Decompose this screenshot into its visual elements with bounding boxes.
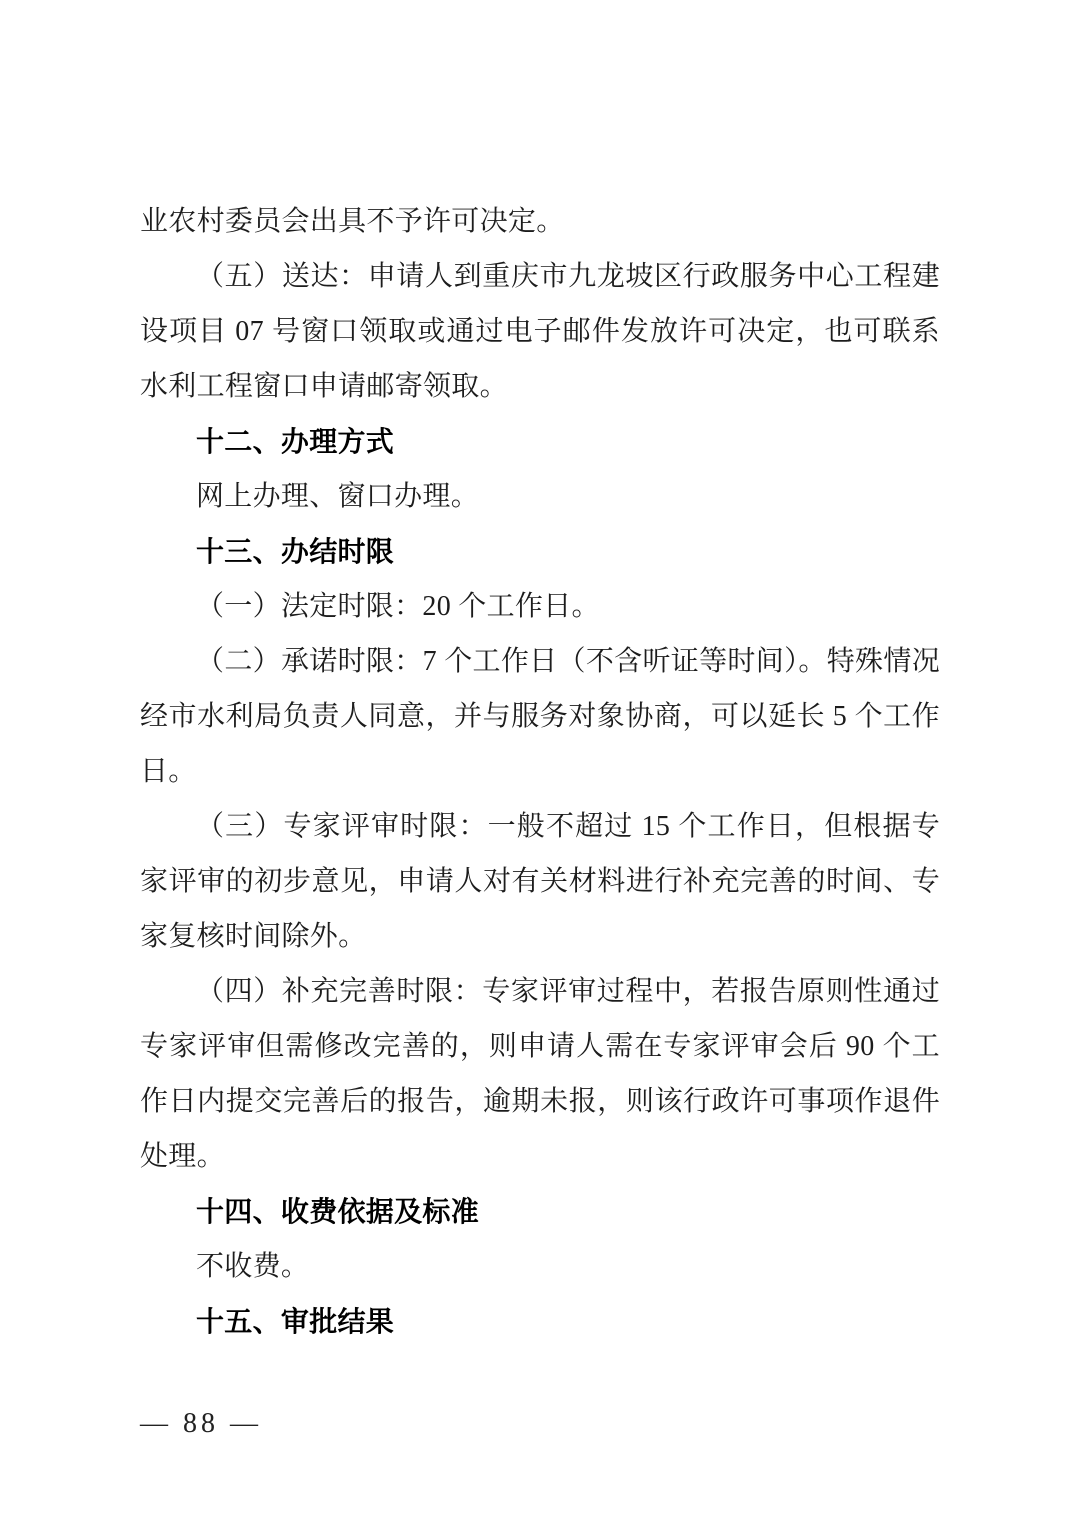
paragraph-no-fee: 不收费。 <box>140 1239 940 1294</box>
section-heading-13-completion-time-limit: 十三、办结时限 <box>140 524 940 579</box>
paragraph-handling-method: 网上办理、窗口办理。 <box>140 469 940 524</box>
page-number: — 88 — <box>140 1408 262 1440</box>
section-heading-15-approval-result: 十五、审批结果 <box>140 1294 940 1349</box>
document-body: 业农村委员会出具不予许可决定。 （五）送达：申请人到重庆市九龙坡区行政服务中心工… <box>140 194 940 1349</box>
section-heading-14-fee-basis-standard: 十四、收费依据及标准 <box>140 1184 940 1239</box>
paragraph-supplement-time-limit: （四）补充完善时限：专家评审过程中，若报告原则性通过专家评审但需修改完善的，则申… <box>140 964 940 1184</box>
paragraph-promised-time-limit: （二）承诺时限：7 个工作日（不含听证等时间）。特殊情况经市水利局负责人同意，并… <box>140 634 940 799</box>
paragraph-continuation: 业农村委员会出具不予许可决定。 <box>140 194 940 249</box>
paragraph-legal-time-limit: （一）法定时限：20 个工作日。 <box>140 579 940 634</box>
section-heading-12-handling-method: 十二、办理方式 <box>140 414 940 469</box>
paragraph-expert-review-time-limit: （三）专家评审时限：一般不超过 15 个工作日，但根据专家评审的初步意见，申请人… <box>140 799 940 964</box>
document-page: 业农村委员会出具不予许可决定。 （五）送达：申请人到重庆市九龙坡区行政服务中心工… <box>0 0 1074 1520</box>
paragraph-delivery: （五）送达：申请人到重庆市九龙坡区行政服务中心工程建设项目 07 号窗口领取或通… <box>140 249 940 414</box>
